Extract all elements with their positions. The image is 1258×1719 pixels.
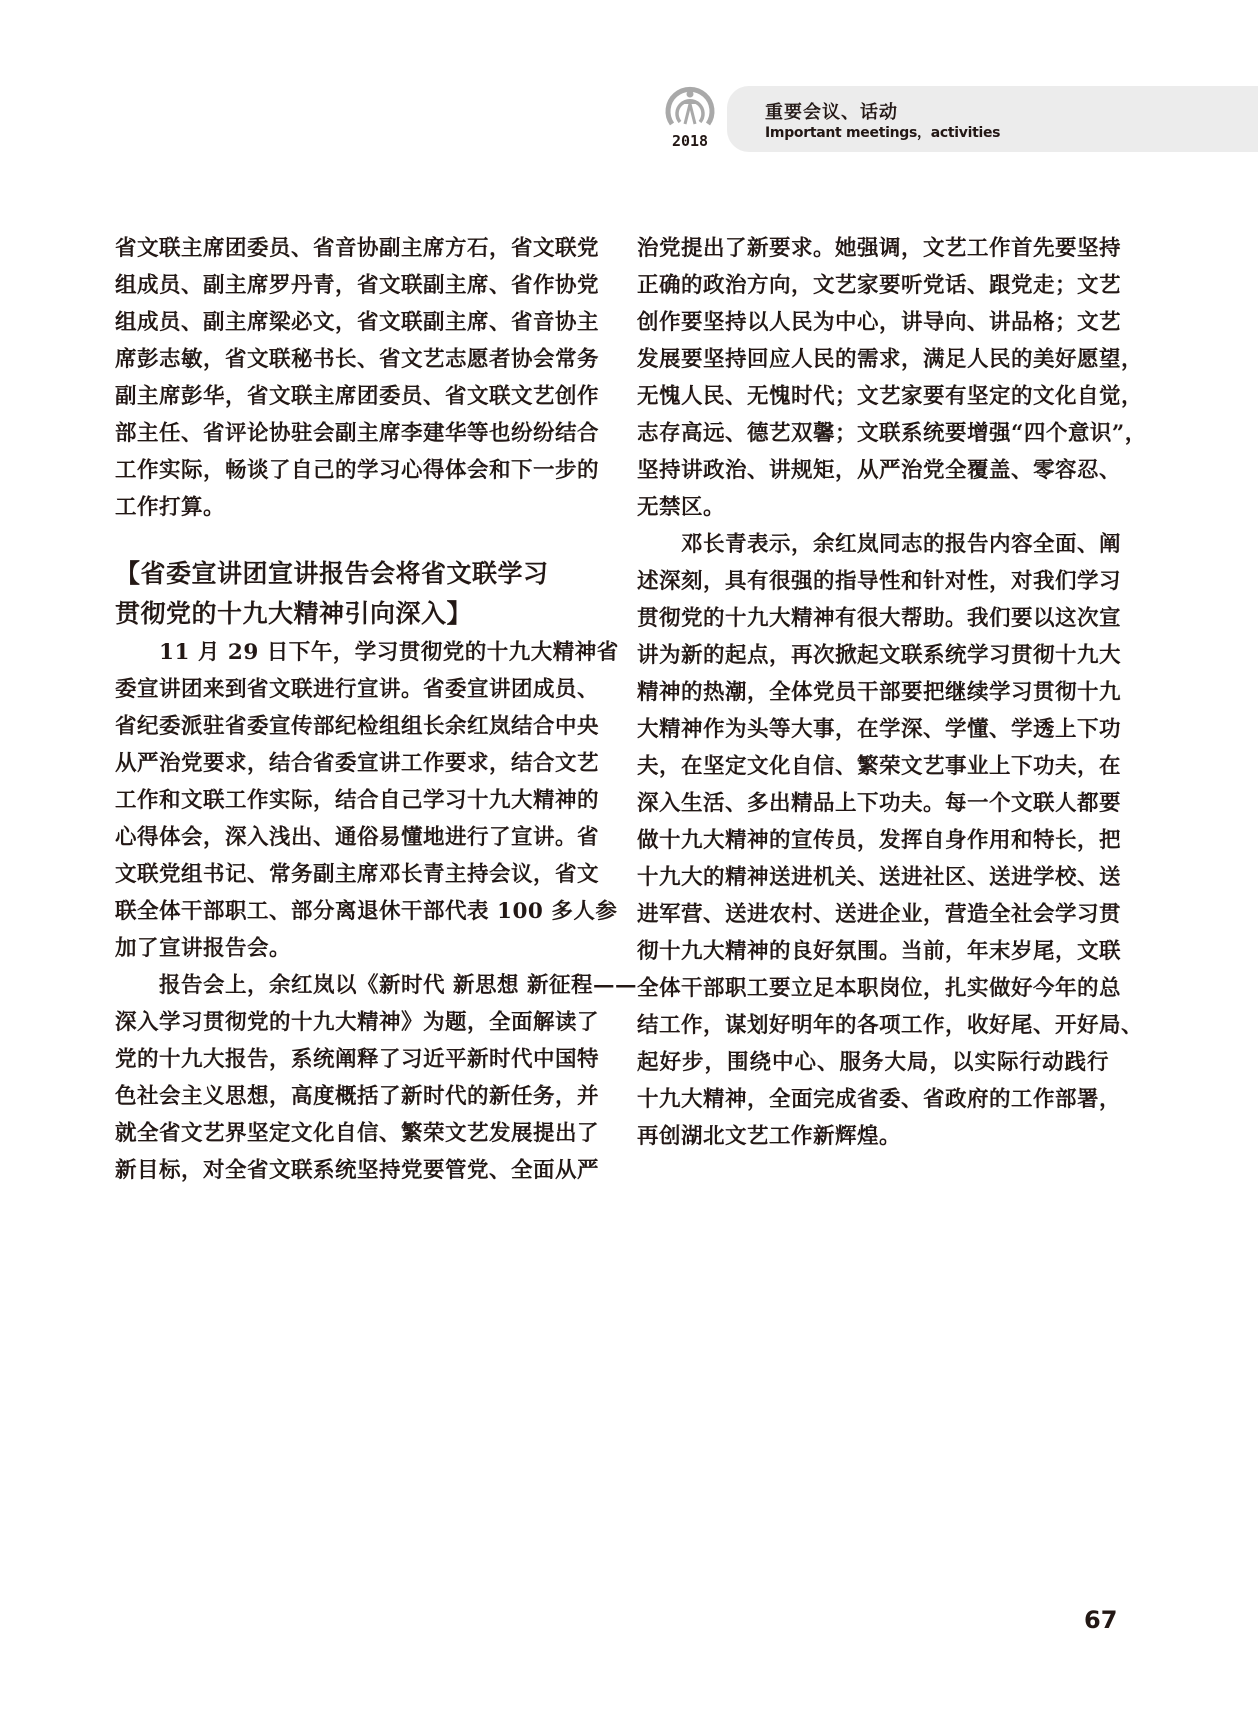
text-line: 志存高远、德艺双馨；文联系统要增强“四个意识”， [637,415,1109,452]
text-line: 坚持讲政治、讲规矩，从严治党全覆盖、零容忍、 [637,452,1109,489]
paragraph-event: 11 月 29 日下午，学习贯彻党的十九大精神省 委宣讲团来到省文联进行宣讲。省… [115,634,587,967]
year-label: 2018 [660,132,720,150]
text-line: 进军营、送进农村、送进企业，营造全社会学习贯 [637,896,1109,933]
text-line: 无禁区。 [637,489,1109,526]
text-line: 组成员、副主席罗丹青，省文联副主席、省作协党 [115,267,587,304]
paragraph-report: 报告会上，余红岚以《新时代 新思想 新征程—— 深入学习贯彻党的十九大精神》为题… [115,967,587,1189]
text-line: 联全体干部职工、部分离退休干部代表 100 多人参 [115,893,587,930]
text-line: 加了宣讲报告会。 [115,930,587,967]
page-number: 67 [1084,1606,1117,1634]
text-line: 讲为新的起点，再次掀起文联系统学习贯彻十九大 [637,637,1109,674]
article-heading: 【省委宣讲团宣讲报告会将省文联学习 贯彻党的十九大精神引向深入】 [115,554,587,634]
text-line: 贯彻党的十九大精神有很大帮助。我们要以这次宣 [637,600,1109,637]
text-line: 色社会主义思想，高度概括了新时代的新任务，并 [115,1078,587,1115]
right-column: 治党提出了新要求。她强调，文艺工作首先要坚持 正确的政治方向，文艺家要听党话、跟… [637,230,1109,1155]
text-line: 11 月 29 日下午，学习贯彻党的十九大精神省 [115,634,587,671]
text-line: 省纪委派驻省委宣传部纪检组组长余红岚结合中央 [115,708,587,745]
text-line: 党的十九大报告，系统阐释了习近平新时代中国特 [115,1041,587,1078]
text-line: 副主席彭华，省文联主席团委员、省文联文艺创作 [115,378,587,415]
text-line: 部主任、省评论协驻会副主席李建华等也纷纷结合 [115,415,587,452]
text-line: 发展要坚持回应人民的需求，满足人民的美好愿望， [637,341,1109,378]
left-column: 省文联主席团委员、省音协副主席方石，省文联党 组成员、副主席罗丹青，省文联副主席… [115,230,587,1189]
text-line: 深入生活、多出精品上下功夫。每一个文联人都要 [637,785,1109,822]
text-line: 述深刻，具有很强的指导性和针对性，对我们学习 [637,563,1109,600]
text-line: 省文联主席团委员、省音协副主席方石，省文联党 [115,230,587,267]
text-line: 报告会上，余红岚以《新时代 新思想 新征程—— [115,967,587,1004]
text-line: 再创湖北文艺工作新辉煌。 [637,1118,1109,1155]
text-line: 精神的热潮，全体党员干部要把继续学习贯彻十九 [637,674,1109,711]
text-line: 工作和文联工作实际，结合自己学习十九大精神的 [115,782,587,819]
text-line: 委宣讲团来到省文联进行宣讲。省委宣讲团成员、 [115,671,587,708]
text-line: 全体干部职工要立足本职岗位，扎实做好今年的总 [637,970,1109,1007]
text-line: 就全省文艺界坚定文化自信、繁荣文艺发展提出了 [115,1115,587,1152]
text-line: 工作实际，畅谈了自己的学习心得体会和下一步的 [115,452,587,489]
text-line: 组成员、副主席梁必文，省文联副主席、省音协主 [115,304,587,341]
paragraph-attendees: 省文联主席团委员、省音协副主席方石，省文联党 组成员、副主席罗丹青，省文联副主席… [115,230,587,526]
text-line: 彻十九大精神的良好氛围。当前，年末岁尾，文联 [637,933,1109,970]
paragraph-deng-remarks: 邓长青表示，余红岚同志的报告内容全面、阐 述深刻，具有很强的指导性和针对性，对我… [637,526,1109,1155]
text-line: 大精神作为头等大事，在学深、学懂、学透上下功 [637,711,1109,748]
text-line: 席彭志敏，省文联秘书长、省文艺志愿者协会常务 [115,341,587,378]
text-line: 工作打算。 [115,489,587,526]
text-line: 心得体会，深入浅出、通俗易懂地进行了宣讲。省 [115,819,587,856]
text-line: 从严治党要求，结合省委宣讲工作要求，结合文艺 [115,745,587,782]
text-line: 夫，在坚定文化自信、繁荣文艺事业上下功夫，在 [637,748,1109,785]
paragraph-requirements: 治党提出了新要求。她强调，文艺工作首先要坚持 正确的政治方向，文艺家要听党话、跟… [637,230,1109,526]
text-line: 结工作，谋划好明年的各项工作，收好尾、开好局、 [637,1007,1109,1044]
text-line: 十九大的精神送进机关、送进社区、送进学校、送 [637,859,1109,896]
section-title-en: Important meetings，activities [765,122,1000,142]
text-line: 做十九大精神的宣传员，发挥自身作用和特长，把 [637,822,1109,859]
text-line: 新目标，对全省文联系统坚持党要管党、全面从严 [115,1152,587,1189]
text-line: 创作要坚持以人民为中心，讲导向、讲品格；文艺 [637,304,1109,341]
text-line: 文联党组书记、常务副主席邓长青主持会议，省文 [115,856,587,893]
section-title-cn: 重要会议、话动 [765,98,898,124]
text-line: 无愧人民、无愧时代；文艺家要有坚定的文化自觉， [637,378,1109,415]
text-line: 治党提出了新要求。她强调，文艺工作首先要坚持 [637,230,1109,267]
heading-line: 【省委宣讲团宣讲报告会将省文联学习 [115,554,587,594]
text-line: 深入学习贯彻党的十九大精神》为题，全面解读了 [115,1004,587,1041]
text-line: 正确的政治方向，文艺家要听党话、跟党走；文艺 [637,267,1109,304]
heading-line: 贯彻党的十九大精神引向深入】 [115,594,587,634]
text-line: 十九大精神，全面完成省委、省政府的工作部署， [637,1081,1109,1118]
text-line: 起好步，围绕中心、服务大局，以实际行动践行 [637,1044,1109,1081]
text-line: 邓长青表示，余红岚同志的报告内容全面、阐 [637,526,1109,563]
federation-logo-icon [662,80,718,134]
